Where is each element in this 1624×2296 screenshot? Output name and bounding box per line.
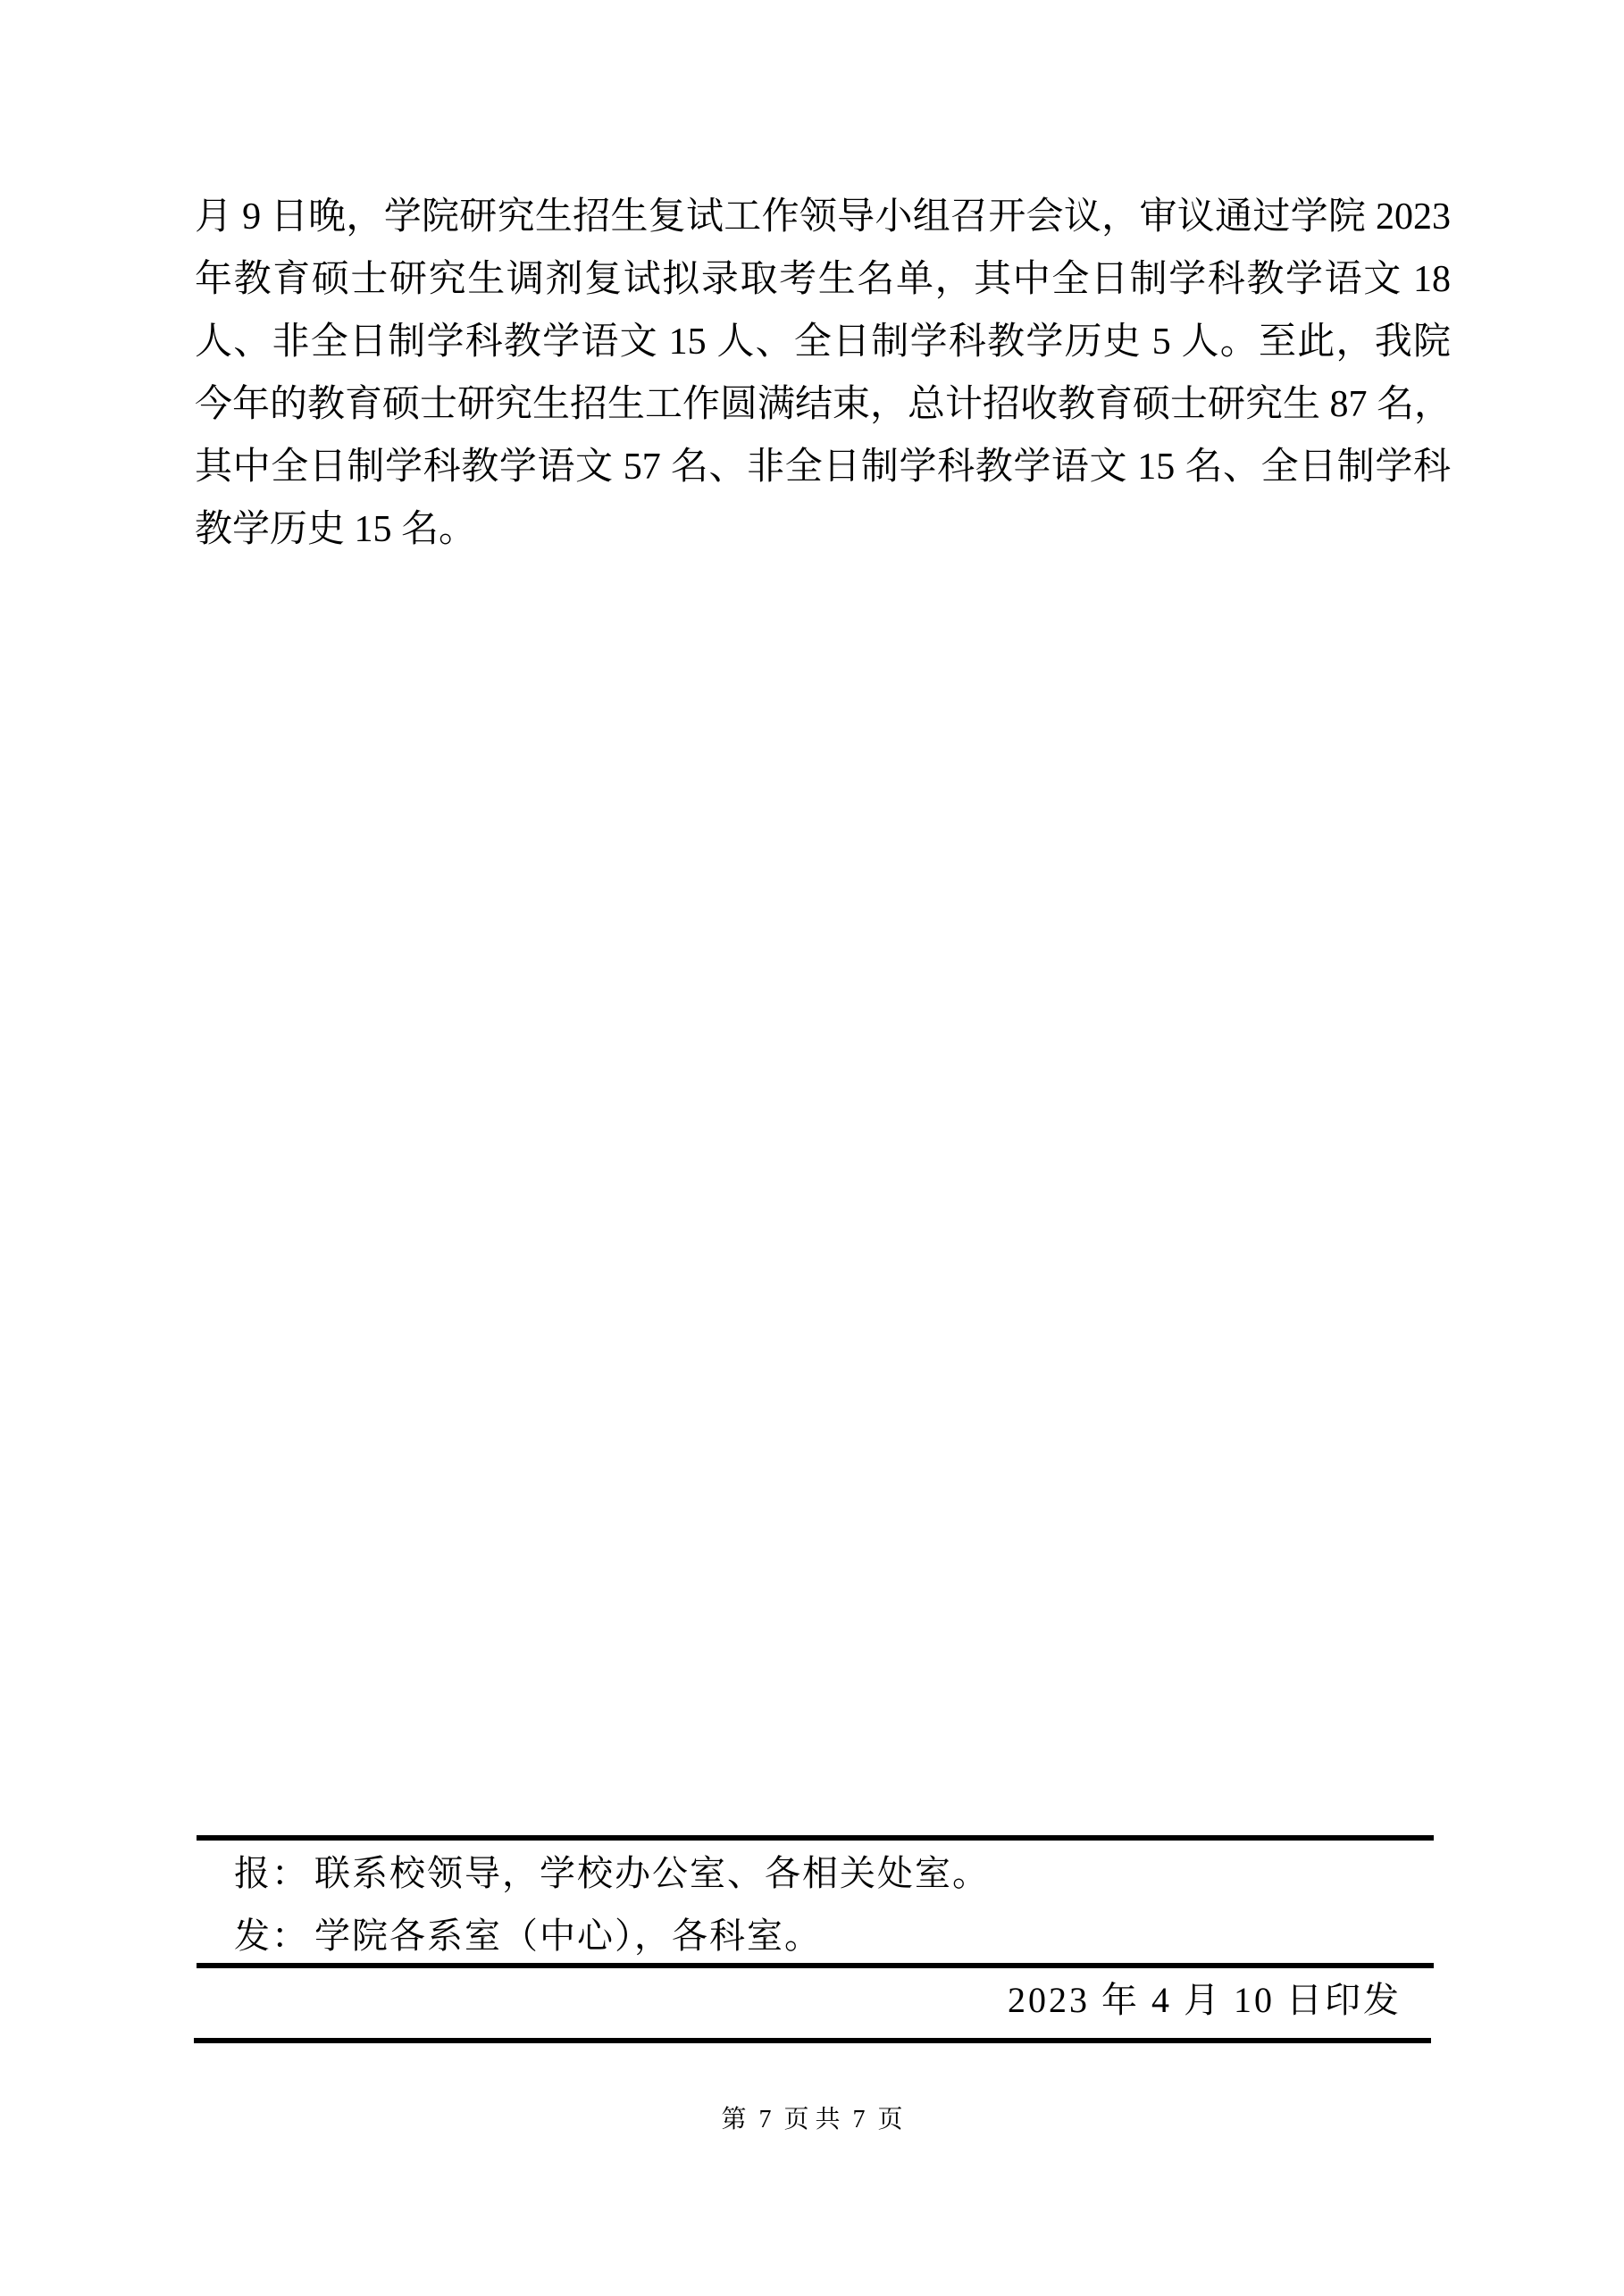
body-line: 月 9 日晚，学院研究生招生复试工作领导小组召开会议，审议通过学院 2023	[195, 186, 1451, 248]
page-number-current: 7	[758, 2106, 771, 2133]
document-page: 月 9 日晚，学院研究生招生复试工作领导小组召开会议，审议通过学院 2023 年…	[0, 0, 1624, 2296]
body-line: 人、非全日制学科教学语文 15 人、全日制学科教学历史 5 人。至此，我院	[195, 311, 1451, 373]
page-number-suffix: 页	[878, 2106, 903, 2133]
issue-date: 2023 年 4 月 10 日印发	[1008, 1980, 1402, 2021]
divider-middle	[197, 1963, 1434, 1968]
page-number: 第7页 共7页	[0, 2102, 1624, 2138]
send-recipients: 学院各系室（中心），各科室。	[314, 1916, 822, 1956]
divider-top	[197, 1835, 1434, 1841]
body-line: 其中全日制学科教学语文 57 名、非全日制学科教学语文 15 名、全日制学科	[195, 436, 1451, 498]
report-label: 报：	[234, 1853, 309, 1893]
send-to-line: 发：学院各系室（中心），各科室。	[234, 1916, 822, 1957]
body-line: 今年的教育硕士研究生招生工作圆满结束，总计招收教育硕士研究生 87 名，	[195, 373, 1451, 436]
report-recipients: 联系校领导，学校办公室、各相关处室。	[314, 1853, 990, 1893]
body-line: 教学历史 15 名。	[195, 498, 1451, 561]
page-number-middle: 页 共	[783, 2106, 840, 2133]
report-to-line: 报：联系校领导，学校办公室、各相关处室。	[234, 1853, 990, 1894]
body-paragraph: 月 9 日晚，学院研究生招生复试工作领导小组召开会议，审议通过学院 2023 年…	[195, 186, 1451, 561]
divider-bottom	[194, 2038, 1431, 2043]
send-label: 发：	[234, 1916, 309, 1956]
page-number-prefix: 第	[721, 2106, 746, 2133]
body-line: 年教育硕士研究生调剂复试拟录取考生名单，其中全日制学科教学语文 18	[195, 248, 1451, 311]
page-number-total: 7	[853, 2106, 866, 2133]
